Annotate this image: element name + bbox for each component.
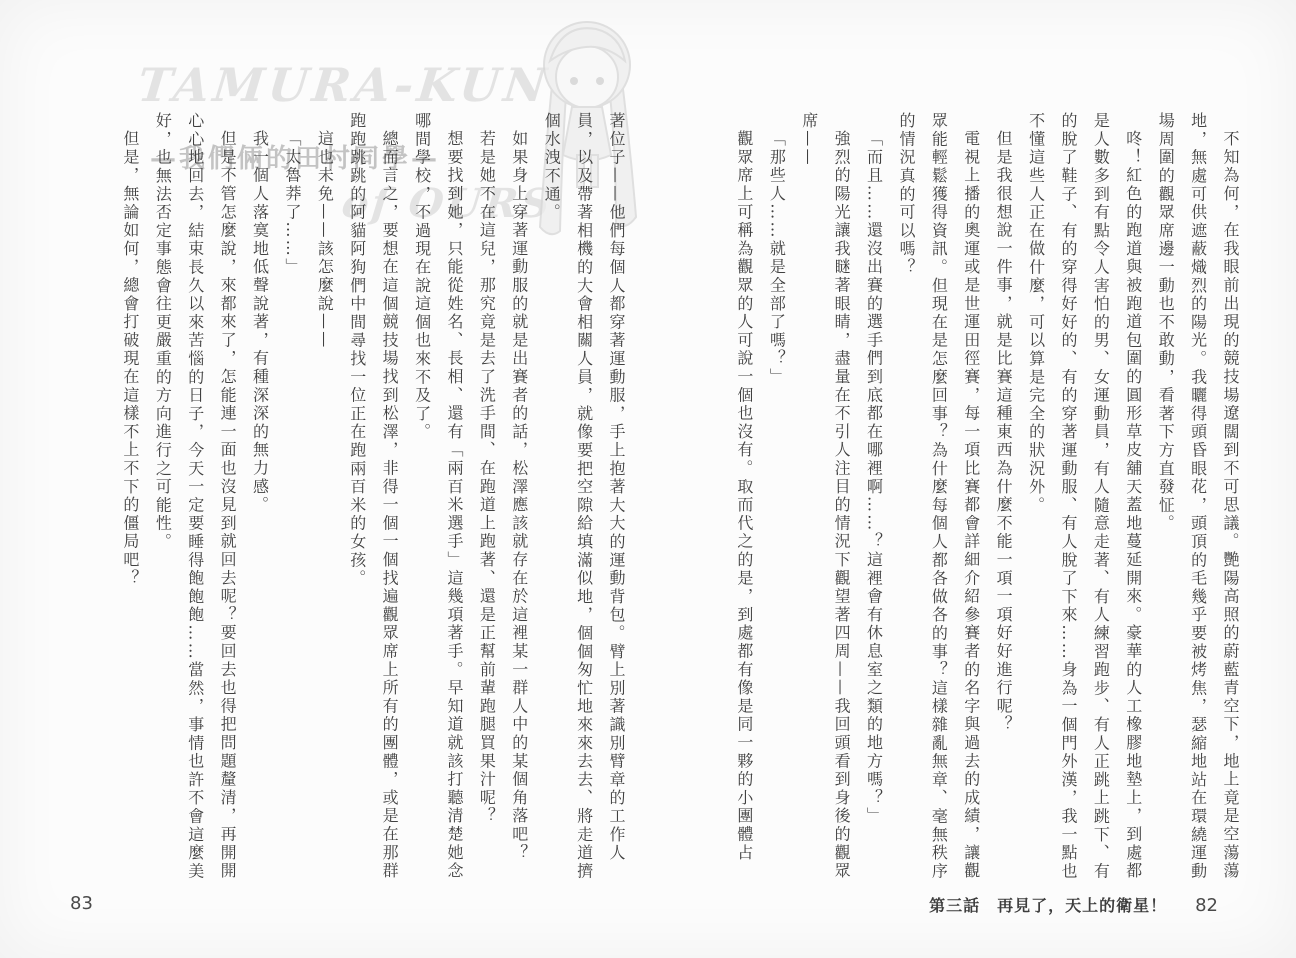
paragraph: 想要找到她，只能從姓名、長相、還有「兩百米選手」這幾項著手。早知道就該打聽清楚她… xyxy=(405,112,470,884)
footer-right: 第三話 再見了，天上的衛星！ 82 xyxy=(929,893,1218,916)
paragraph-dialogue: 「而且……還沒出賽的選手們到底都在哪裡啊……？這裡會有休息室之類的地方嗎？」 xyxy=(857,112,889,884)
page-right-82-text-block: 不知為何，在我眼前出現的競技場遼闊到不可思議。艷陽高照的蔚藍青空下，地上竟是空蕩… xyxy=(690,112,1246,884)
paragraph: 強烈的陽光讓我瞇著眼睛，盡量在不引人注目的情況下觀望著四周——我回頭看到身後的觀… xyxy=(792,112,857,884)
paragraph: 我一個人落寞地低聲說著，有種深深的無力感。 xyxy=(243,112,275,884)
paragraph: 如果身上穿著運動服的就是出賽者的話，松澤應該就存在於這裡某一群人中的某個角落吧？ xyxy=(502,112,534,884)
series-logo-english-top: TAMURA-KUN xyxy=(135,58,553,112)
chapter-title-caption: 第三話 再見了，天上的衛星！ xyxy=(929,893,1167,916)
paragraph: 但是我很想說一件事，就是比賽這種東西為什麼不能一項一項好好進行呢？ xyxy=(987,112,1019,884)
book-spread-scan: TAMURA-KUN —我們倆的田村同學— of OURS 不知為何，在我眼前出… xyxy=(0,0,1296,958)
paragraph: 咚！紅色的跑道與被跑道包圍的圓形草皮舖天蓋地蔓延開來。豪華的人工橡膠地墊上，到處… xyxy=(1019,112,1149,884)
paragraph: 總而言之，要想在這個競技場找到松澤，非得一個一個找遍觀眾席上所有的團體，或是在那… xyxy=(340,112,405,884)
page-number-left: 83 xyxy=(70,893,93,914)
paragraph: 觀眾席上可稱為觀眾的人可說一個也沒有。取而代之的是，到處都有像是同一夥的小團體占 xyxy=(728,112,760,884)
page-left-83-text-block: 著位子——他們每個人都穿著運動服，手上抱著大大的運動背包。臂上別著識別臂章的工作… xyxy=(76,112,632,884)
paragraph-continued: 著位子——他們每個人都穿著運動服，手上抱著大大的運動背包。臂上別著識別臂章的工作… xyxy=(535,112,632,884)
paragraph: 不知為何，在我眼前出現的競技場遼闊到不可思議。艷陽高照的蔚藍青空下，地上竟是空蕩… xyxy=(1149,112,1246,884)
paragraph: 電視上播的奧運或是世運田徑賽，每一項比賽都會詳細介紹參賽者的名字與過去的成績，讓… xyxy=(890,112,987,884)
paragraph: 若是她不在這兒，那究竟是去了洗手間、在跑道上跑著、還是正幫前輩跑腿買果汁呢？ xyxy=(470,112,502,884)
paragraph-dialogue: 「太魯莽了……」 xyxy=(276,112,308,884)
paragraph: 這也未免——該怎麼說—— xyxy=(308,112,340,884)
page-number-right: 82 xyxy=(1195,895,1218,916)
paragraph-dialogue: 「那些人……就是全部了嗎？」 xyxy=(760,112,792,884)
paragraph: 但是不管怎麼說，來都來了，怎能連一面也沒見到就回去呢？要回去也得把問題釐清，再開… xyxy=(146,112,243,884)
paragraph: 但是，無論如何，總會打破現在這樣不上不下的僵局吧？ xyxy=(114,112,146,884)
